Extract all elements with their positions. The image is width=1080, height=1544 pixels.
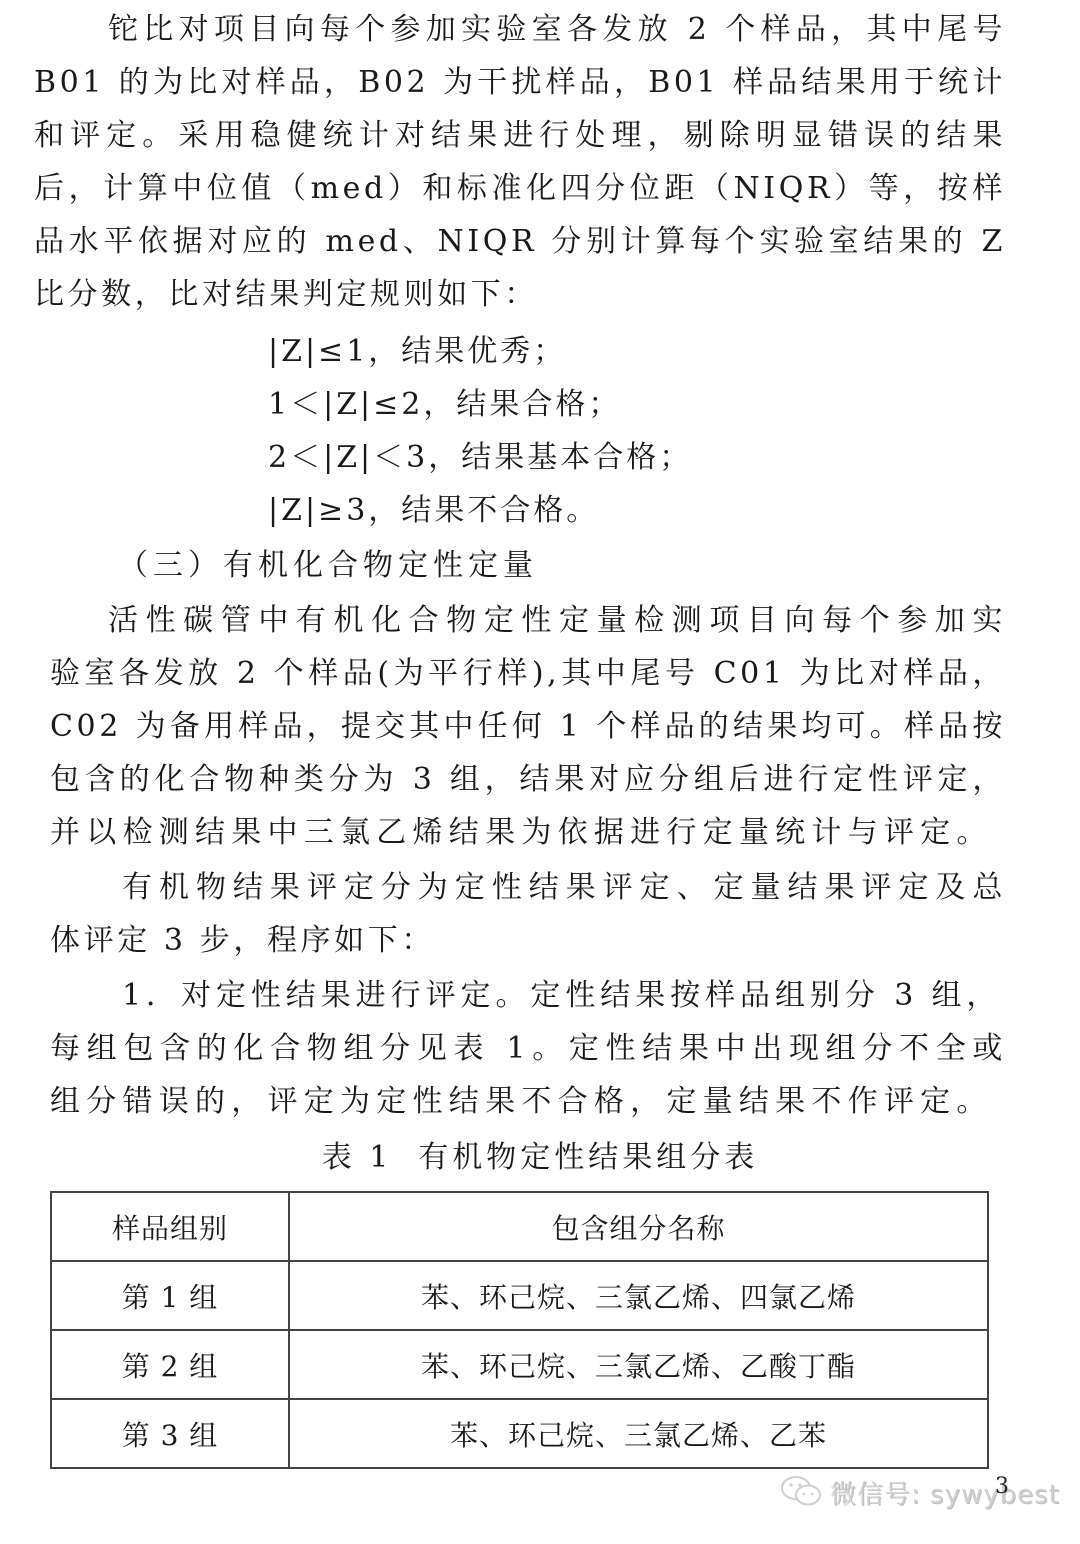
paragraph-line: 1．对定性结果进行评定。定性结果按样品组别分 3 组， (122, 970, 1000, 1022)
table-caption: 表 1有机物定性结果组分表 (0, 1132, 1080, 1184)
paragraph-line: 组分错误的，评定为定性结果不合格，定量结果不作评定。 (50, 1076, 990, 1128)
paragraph-line: 后，计算中位值（med）和标准化四分位距（NIQR）等，按样 (34, 163, 1006, 215)
organic-components-table: 样品组别 包含组分名称 第 1 组 苯、环己烷、三氯乙烯、四氯乙烯 第 2 组 … (50, 1191, 989, 1469)
table-caption-number: 表 1 (322, 1140, 393, 1175)
cell-group: 第 2 组 (51, 1330, 289, 1399)
paragraph-line: 包含的化合物种类分为 3 组，结果对应分组后进行定性评定， (50, 754, 1006, 806)
paragraph-line: 验室各发放 2 个样品(为平行样),其中尾号 C01 为比对样品， (50, 648, 1006, 700)
table-row: 第 3 组 苯、环己烷、三氯乙烯、乙苯 (51, 1399, 988, 1468)
cell-components: 苯、环己烷、三氯乙烯、乙酸丁酯 (289, 1330, 988, 1399)
table-row: 第 2 组 苯、环己烷、三氯乙烯、乙酸丁酯 (51, 1330, 988, 1399)
paragraph-line: C02 为备用样品，提交其中任何 1 个样品的结果均可。样品按 (50, 701, 1006, 753)
paragraph-line: 铊比对项目向每个参加实验室各发放 2 个样品，其中尾号 (108, 4, 1006, 56)
cell-group: 第 3 组 (51, 1399, 289, 1468)
paragraph-line: 和评定。采用稳健统计对结果进行处理，剔除明显错误的结果 (34, 110, 1006, 162)
paragraph-line: B01 的为比对样品，B02 为干扰样品，B01 样品结果用于统计 (34, 57, 1006, 109)
paragraph-line: 并以检测结果中三氯乙烯结果为依据进行定量统计与评定。 (50, 807, 990, 859)
z-score-rule: |Z|≥3，结果不合格。 (268, 485, 599, 537)
paragraph-line: 每组包含的化合物组分见表 1。定性结果中出现组分不全或 (50, 1023, 1006, 1075)
table-header-row: 样品组别 包含组分名称 (51, 1192, 988, 1261)
watermark-text: 微信号: sywybest (830, 1480, 1060, 1510)
wechat-icon (780, 1475, 824, 1516)
wechat-watermark: 微信号: sywybest (780, 1474, 1060, 1516)
z-score-rule: 1＜|Z|≤2，结果合格； (268, 379, 621, 431)
paragraph-line: 比分数，比对结果判定规则如下： (34, 269, 1006, 321)
header-sample-group: 样品组别 (51, 1192, 289, 1261)
z-score-rule: 2＜|Z|＜3，结果基本合格； (268, 432, 692, 484)
paragraph-line: 品水平依据对应的 med、NIQR 分别计算每个实验室结果的 Z (34, 216, 1006, 268)
paragraph-line: 体评定 3 步，程序如下： (50, 915, 1022, 967)
paragraph-line: 活性碳管中有机化合物定性定量检测项目向每个参加实 (108, 595, 1006, 647)
paragraph-line: 有机物结果评定分为定性结果评定、定量结果评定及总 (122, 862, 1006, 914)
page-number: 3 (995, 1474, 1009, 1499)
cell-components: 苯、环己烷、三氯乙烯、四氯乙烯 (289, 1261, 988, 1330)
table-caption-title: 有机物定性结果组分表 (418, 1140, 758, 1175)
table-row: 第 1 组 苯、环己烷、三氯乙烯、四氯乙烯 (51, 1261, 988, 1330)
section-heading: （三）有机化合物定性定量 (118, 540, 538, 592)
cell-components: 苯、环己烷、三氯乙烯、乙苯 (289, 1399, 988, 1468)
cell-group: 第 1 组 (51, 1261, 289, 1330)
header-component-names: 包含组分名称 (289, 1192, 988, 1261)
z-score-rule: |Z|≤1，结果优秀； (268, 326, 566, 378)
